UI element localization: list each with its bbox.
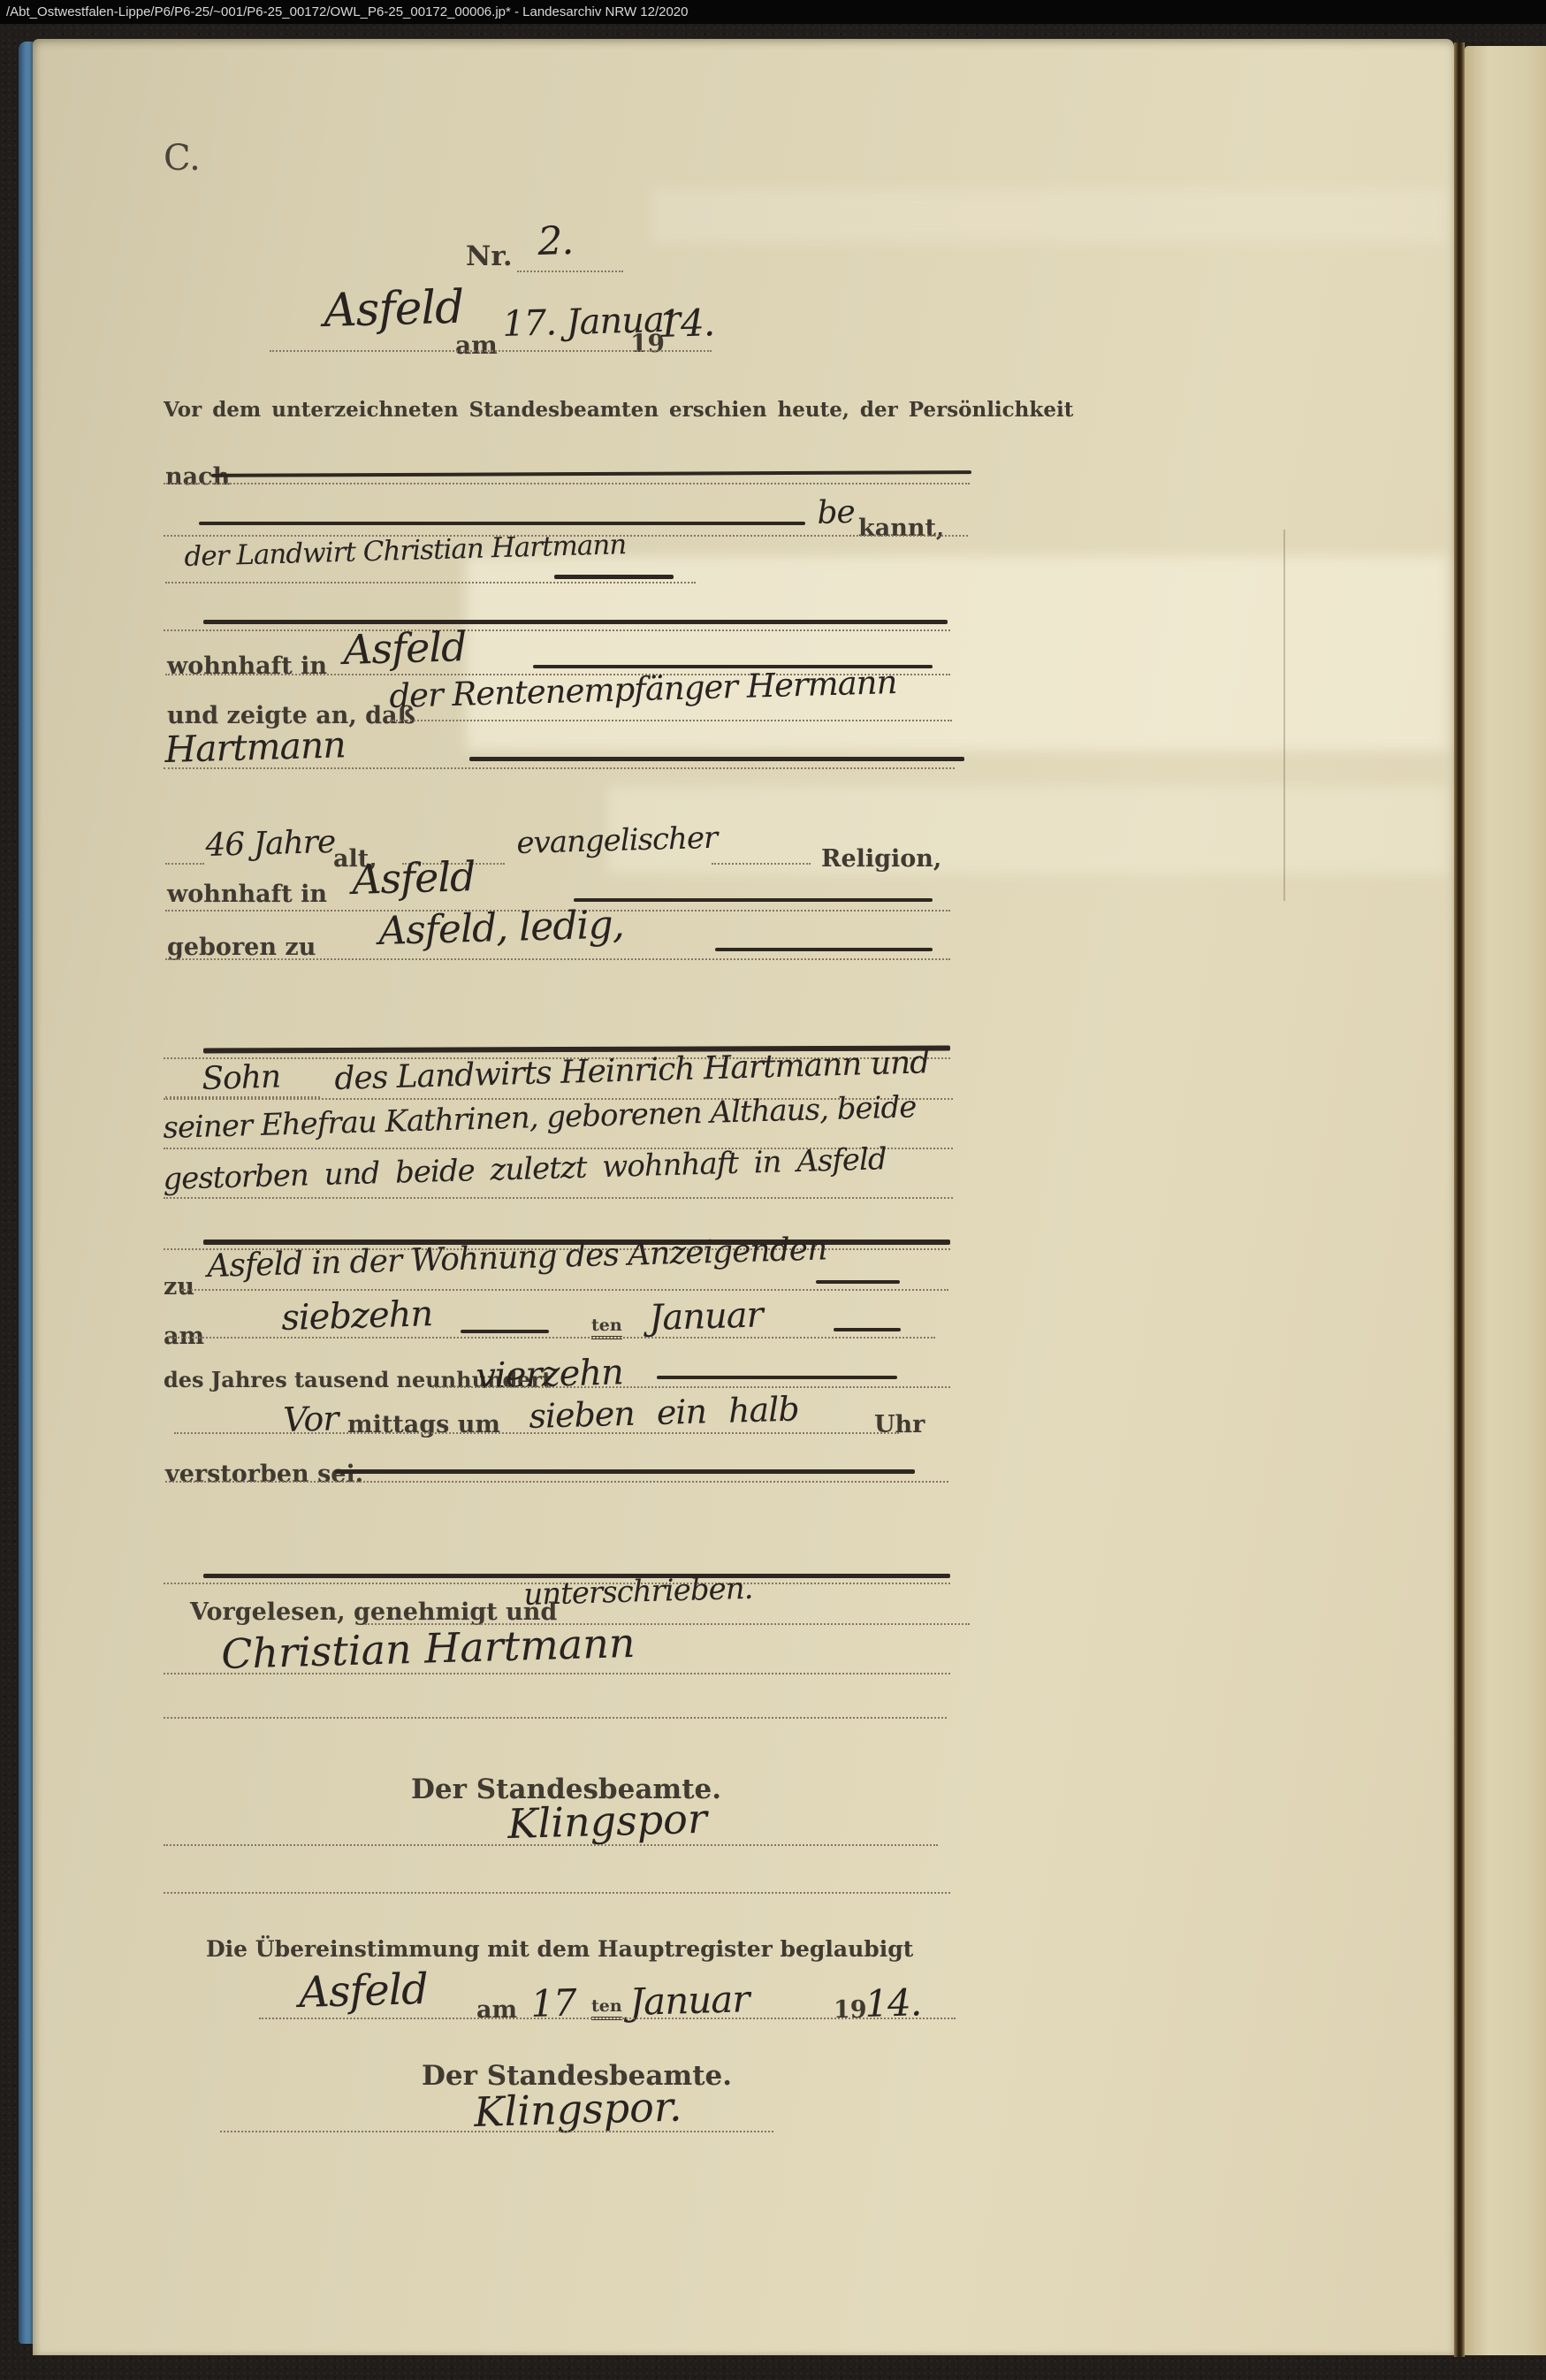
known-hand: be <box>817 494 855 531</box>
death-time-value: sieben ein halb <box>529 1389 799 1436</box>
death-month: Januar <box>649 1294 764 1339</box>
paper-light-band <box>607 786 1447 874</box>
certification-registrar-signature: Klingspor. <box>473 2082 682 2136</box>
dash-fill <box>554 575 674 579</box>
born-value: Asfeld, ledig, <box>378 902 625 954</box>
answer-rule <box>469 757 964 761</box>
death-ten-label: ten <box>591 1316 622 1339</box>
window-title: /Abt_Ostwestfalen-Lippe/P6/P6-25/~001/P6… <box>6 4 689 19</box>
answer-rule <box>715 948 933 951</box>
died-label: verstorben sei. <box>165 1461 363 1488</box>
dotted-line <box>259 2018 956 2019</box>
religion-label: Religion, <box>821 845 941 873</box>
dotted-line <box>270 350 712 352</box>
dateline-year: 14. <box>658 301 715 346</box>
dotted-line <box>164 767 955 769</box>
strikethrough-rule <box>199 522 805 525</box>
dotted-line <box>164 1197 953 1199</box>
dotted-line <box>165 958 950 960</box>
dotted-line <box>164 483 970 484</box>
dotted-line <box>164 1844 938 1846</box>
certification-ten-label: ten <box>591 1996 622 2020</box>
dotted-line <box>181 1289 948 1291</box>
dotted-line <box>712 863 811 865</box>
religion-value: evangelischer <box>516 820 718 861</box>
record-number-label: Nr. <box>466 240 513 272</box>
register-page: C. Nr. 2. Asfeld am 17. Januar 19 14. Vo… <box>33 39 1454 2355</box>
dotted-line <box>432 1386 950 1388</box>
dotted-line <box>165 1481 948 1483</box>
facing-page-edge <box>1465 46 1546 2355</box>
death-uhr-label: Uhr <box>874 1411 925 1438</box>
window-titlebar: /Abt_Ostwestfalen-Lippe/P6/P6-25/~001/P6… <box>0 0 1546 24</box>
dash-fill <box>816 1280 900 1284</box>
death-time-label: mittags um <box>347 1411 500 1438</box>
certification-label: Die Übereinstimmung mit dem Hauptregiste… <box>206 1936 913 1962</box>
dotted-line <box>164 1892 950 1894</box>
dotted-line <box>174 1432 899 1434</box>
dotted-line <box>164 1673 950 1674</box>
corner-mark: C. <box>164 138 201 179</box>
parents-line1-sohn: Sohn <box>202 1059 281 1097</box>
answer-rule <box>574 898 933 902</box>
dotted-line <box>390 720 952 721</box>
book-gutter-crease <box>1454 42 1465 2357</box>
section-rule <box>203 620 948 624</box>
dotted-line <box>517 271 623 272</box>
certification-century: 19 <box>834 1996 867 2024</box>
declarant-signature: Christian Hartmann <box>220 1619 636 1678</box>
read-approved-hand: unterschrieben. <box>523 1571 753 1613</box>
dotted-line <box>165 582 696 584</box>
answer-rule <box>657 1376 897 1379</box>
dash-fill <box>834 1328 901 1331</box>
residence-label: wohnhaft in <box>167 652 327 680</box>
dateline-place: Asfeld <box>323 281 464 338</box>
viewer-window: /Abt_Ostwestfalen-Lippe/P6/P6-25/~001/P6… <box>0 0 1546 2380</box>
dash-fill <box>461 1330 549 1333</box>
paper-light-band <box>651 189 1447 242</box>
book-cover-blue-edge <box>19 42 34 2344</box>
certification-place: Asfeld <box>298 1964 428 2018</box>
intro-line1: Vor dem unterzeichneten Standesbeamten e… <box>164 398 1073 422</box>
registrar-signature: Klingspor <box>506 1795 707 1848</box>
dotted-line <box>220 2131 773 2132</box>
death-day: siebzehn <box>281 1293 433 1339</box>
dotted-line <box>164 1717 947 1719</box>
paper-light-band <box>466 556 1447 751</box>
strikethrough-rule <box>211 470 971 477</box>
deceased-residence-label: wohnhaft in <box>167 881 327 908</box>
death-zu-label: zu <box>164 1273 194 1301</box>
born-label: geboren zu <box>167 934 316 961</box>
paper-fold-line <box>1283 530 1285 901</box>
age-value: 46 Jahre <box>205 824 336 864</box>
dateline-am-label: am <box>455 331 498 360</box>
residence-value: Asfeld <box>342 622 467 674</box>
certification-am-label: am <box>476 1996 517 2024</box>
announcement-line2: Hartmann <box>164 723 347 771</box>
dotted-line <box>165 863 204 865</box>
record-number-value: 2. <box>537 218 574 264</box>
answer-rule <box>335 1469 915 1474</box>
parents-line3: gestorben und beide zuletzt wohnhaft in … <box>163 1141 887 1197</box>
dotted-line <box>168 1337 935 1339</box>
death-year-value: vierzehn <box>476 1352 624 1397</box>
known-print: kannt, <box>858 515 944 542</box>
deceased-residence-value: Asfeld <box>351 852 476 904</box>
dotted-line <box>164 629 950 631</box>
